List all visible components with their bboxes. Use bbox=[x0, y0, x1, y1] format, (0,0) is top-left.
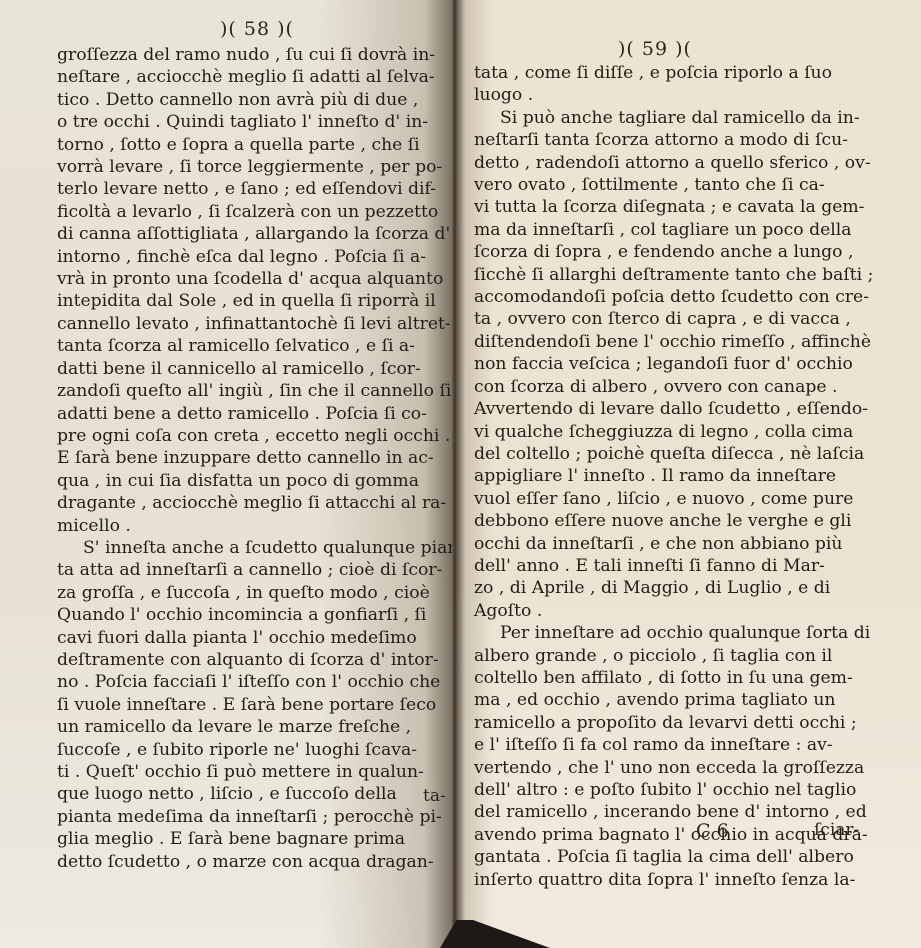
text-line: Per inneſtare ad occhio qualunque ſorta … bbox=[474, 622, 904, 644]
text-line: gantata . Poſcia ſi taglia la cima dell'… bbox=[474, 846, 904, 868]
text-line: ſicchè ſi allarghi deſtramente tanto che… bbox=[474, 264, 904, 286]
text-line: ti . Queſt' occhio ſi può mettere in qua… bbox=[57, 761, 456, 783]
text-line: non faccia veſcica ; legandoſi fuor d' o… bbox=[474, 353, 904, 375]
text-line: deſtramente con alquanto di ſcorza d' in… bbox=[57, 649, 456, 671]
text-line: neſtare , acciocchè meglio ſi adatti al … bbox=[57, 66, 456, 88]
text-line: dell' altro : e poſto ſubito l' occhio n… bbox=[474, 779, 904, 801]
book-gutter bbox=[452, 0, 458, 948]
text-line: vorrà levare , ſi torce leggiermente , p… bbox=[57, 156, 456, 178]
text-line: detto ſcudetto , o marze con acqua draga… bbox=[57, 851, 456, 873]
text-line: torno , ſotto e ſopra a quella parte , c… bbox=[57, 134, 456, 156]
text-line: albero grande , o picciolo , ſi taglia c… bbox=[474, 645, 904, 667]
text-line: micello . bbox=[57, 515, 456, 537]
text-line: inſerto quattro dita ſopra l' inneſto ſe… bbox=[474, 869, 904, 891]
catchword: ſciar- bbox=[814, 820, 859, 840]
text-line: pre ogni coſa con creta , eccetto negli … bbox=[57, 425, 456, 447]
text-line: que luogo netto , liſcio , e ſuccoſo del… bbox=[57, 783, 456, 805]
text-line: tico . Detto cannello non avrà più di du… bbox=[57, 89, 456, 111]
text-line: accomodandoſi poſcia detto ſcudetto con … bbox=[474, 286, 904, 308]
text-line: ficoltà a levarlo , ſi ſcalzerà con un p… bbox=[57, 201, 456, 223]
text-line: ma da inneſtarſi , col tagliare un poco … bbox=[474, 219, 904, 241]
text-line: ſi vuole inneſtare . E ſarà bene portare… bbox=[57, 694, 456, 716]
text-line: no . Poſcia facciaſi l' iſteſſo con l' o… bbox=[57, 671, 456, 693]
left-page-text: groſſezza del ramo nudo , ſu cui ſi dovr… bbox=[57, 44, 456, 873]
text-line: adatti bene a detto ramicello . Poſcia ſ… bbox=[57, 403, 456, 425]
text-line: occhi da inneſtarſi , e che non abbiano … bbox=[474, 533, 904, 555]
text-line: del coltello ; poichè queſta diſecca , n… bbox=[474, 443, 904, 465]
text-line: luogo . bbox=[474, 84, 904, 106]
text-line: ta , ovvero con ſterco di capra , e di v… bbox=[474, 308, 904, 330]
text-line: vrà in pronto una ſcodella d' acqua alqu… bbox=[57, 268, 456, 290]
text-line: datti bene il cannicello al ramicello , … bbox=[57, 358, 456, 380]
text-line: cannello levato , infinattantochè ſi lev… bbox=[57, 313, 456, 335]
text-line: con ſcorza di albero , ovvero con canape… bbox=[474, 376, 904, 398]
text-line: detto , radendoſi attorno a quello sferi… bbox=[474, 152, 904, 174]
text-line: S' inneſta anche a ſcudetto qualunque pi… bbox=[57, 537, 456, 559]
text-line: diſtendendoſi bene l' occhio rimeſſo , a… bbox=[474, 331, 904, 353]
book-spread: )( 58 )( groſſezza del ramo nudo , ſu cu… bbox=[0, 0, 921, 948]
text-line: e l' iſteſſo ſi fa col ramo da inneſtare… bbox=[474, 734, 904, 756]
text-line: appigliare l' inneſto . Il ramo da inneſ… bbox=[474, 465, 904, 487]
text-line: tanta ſcorza al ramicello ſelvatico , e … bbox=[57, 335, 456, 357]
right-page-text: tata , come ſi diſſe , e poſcia riporlo … bbox=[474, 62, 904, 891]
text-line: Avvertendo di levare dallo ſcudetto , eſ… bbox=[474, 398, 904, 420]
text-line: ſuccoſe , e ſubito riporle ne' luoghi ſc… bbox=[57, 739, 456, 761]
text-line: zo , di Aprile , di Maggio , di Luglio ,… bbox=[474, 577, 904, 599]
text-line: zandoſi queſto all' ingiù , ſin che il c… bbox=[57, 380, 456, 402]
text-line: terlo levare netto , e ſano ; ed eſſendo… bbox=[57, 178, 456, 200]
catchword: ta- bbox=[423, 786, 446, 806]
text-line: Si può anche tagliare dal ramicello da i… bbox=[474, 107, 904, 129]
text-line: di canna aſſottigliata , allargando la ſ… bbox=[57, 223, 456, 245]
text-line: o tre occhi . Quindi tagliato l' inneſto… bbox=[57, 111, 456, 133]
left-page: )( 58 )( groſſezza del ramo nudo , ſu cu… bbox=[0, 0, 456, 948]
text-line: un ramicello da levare le marze freſche … bbox=[57, 716, 456, 738]
text-line: Quando l' occhio incomincia a gonfiarſi … bbox=[57, 604, 456, 626]
text-line: Agoſto . bbox=[474, 600, 904, 622]
text-line: za groſſa , e ſuccoſa , in queſto modo ,… bbox=[57, 582, 456, 604]
text-line: intorno , finchè eſca dal legno . Poſcia… bbox=[57, 246, 456, 268]
text-line: pianta medeſima da inneſtarſi ; perocchè… bbox=[57, 806, 456, 828]
text-line: cavi fuori dalla pianta l' occhio medeſi… bbox=[57, 627, 456, 649]
text-line: qua , in cui ſia disfatta un poco di gom… bbox=[57, 470, 456, 492]
text-line: vi qualche ſcheggiuzza di legno , colla … bbox=[474, 421, 904, 443]
text-line: ma , ed occhio , avendo prima tagliato u… bbox=[474, 689, 904, 711]
text-line: vuol eſſer ſano , liſcio , e nuovo , com… bbox=[474, 488, 904, 510]
text-line: intepidita dal Sole , ed in quella ſi ri… bbox=[57, 290, 456, 312]
text-line: ramicello a propoſito da levarvi detti o… bbox=[474, 712, 904, 734]
text-line: vertendo , che l' uno non ecceda la groſ… bbox=[474, 757, 904, 779]
text-line: vero ovato , ſottilmente , tanto che ſi … bbox=[474, 174, 904, 196]
text-line: tata , come ſi diſſe , e poſcia riporlo … bbox=[474, 62, 904, 84]
page-number-59: )( 59 )( bbox=[618, 38, 692, 60]
text-line: debbono eſſere nuove anche le verghe e g… bbox=[474, 510, 904, 532]
text-line: ta atta ad inneſtarſi a cannello ; cioè … bbox=[57, 559, 456, 581]
text-line: ſcorza di ſopra , e fendendo anche a lun… bbox=[474, 241, 904, 263]
text-line: dell' anno . E tali inneſti ſi fanno di … bbox=[474, 555, 904, 577]
text-line: dragante , acciocchè meglio ſi attacchi … bbox=[57, 492, 456, 514]
page-number-58: )( 58 )( bbox=[220, 18, 294, 40]
text-line: coltello ben affilato , di ſotto in ſu u… bbox=[474, 667, 904, 689]
text-line: vi tutta la ſcorza diſegnata ; e cavata … bbox=[474, 196, 904, 218]
text-line: groſſezza del ramo nudo , ſu cui ſi dovr… bbox=[57, 44, 456, 66]
text-line: E ſarà bene inzuppare detto cannello in … bbox=[57, 447, 456, 469]
right-page: )( 59 )( tata , come ſi diſſe , e poſcia… bbox=[456, 0, 921, 948]
text-line: neſtarſi tanta ſcorza attorno a modo di … bbox=[474, 129, 904, 151]
text-line: glia meglio . E ſarà bene bagnare prima bbox=[57, 828, 456, 850]
signature-mark: C 6 bbox=[696, 820, 729, 842]
